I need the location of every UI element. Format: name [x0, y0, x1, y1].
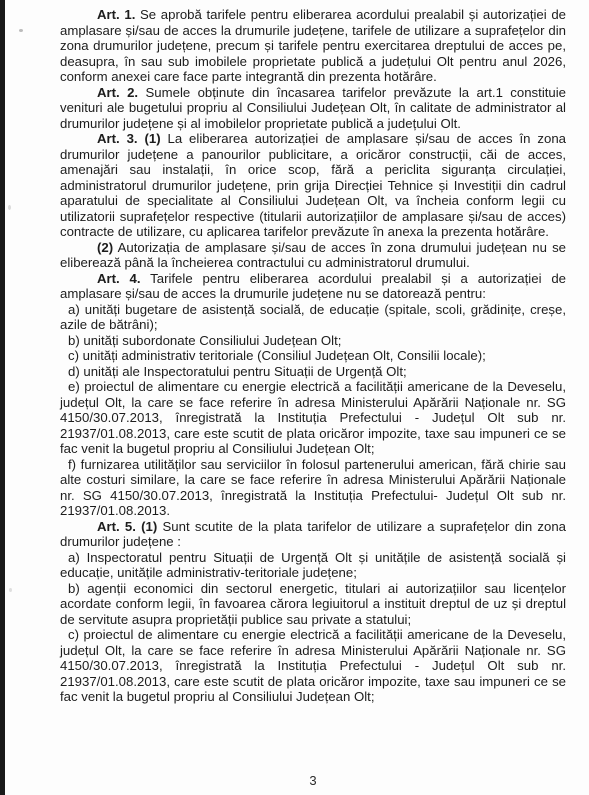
paragraph-text: a) unități bugetare de asistență socială… — [60, 302, 566, 333]
article-paragraph: Art. 4. Tarifele pentru eliberarea acord… — [60, 271, 566, 302]
list-item-paragraph: a) Inspectoratul pentru Situații de Urge… — [60, 550, 566, 581]
scan-speck — [19, 29, 23, 32]
article-paragraph: Art. 3. (1) La eliberarea autorizației d… — [60, 131, 566, 240]
paragraph-text: a) Inspectoratul pentru Situații de Urge… — [60, 550, 566, 581]
scan-speck — [8, 205, 11, 210]
article-label: Art. 2. — [97, 85, 138, 100]
paragraph-text: c) unități administrativ teritoriale (Co… — [68, 348, 486, 363]
paragraph-text: f) furnizarea utilităților sau serviciil… — [60, 457, 566, 519]
paragraph-text: Se aprobă tarifele pentru eliberarea aco… — [60, 7, 566, 84]
scan-edge-artifact — [0, 0, 5, 795]
list-item-paragraph: e) proiectul de alimentare cu energie el… — [60, 379, 566, 457]
list-item-paragraph: f) furnizarea utilităților sau serviciil… — [60, 457, 566, 519]
paragraph-text: c) proiectul de alimentare cu energie el… — [60, 627, 566, 704]
document-body: Art. 1. Se aprobă tarifele pentru eliber… — [60, 7, 566, 705]
article-paragraph: (2) Autorizația de amplasare și/sau de a… — [60, 240, 566, 271]
paragraph-text: La eliberarea autorizației de amplasare … — [60, 131, 566, 239]
article-paragraph: Art. 2. Sumele obținute din încasarea ta… — [60, 85, 566, 132]
paragraph-text: b) unități subordonate Consiliului Județ… — [68, 333, 341, 348]
article-label: Art. 4. — [97, 271, 141, 286]
list-item-paragraph: c) proiectul de alimentare cu energie el… — [60, 627, 566, 705]
paragraph-text: d) unități ale Inspectoratului pentru Si… — [68, 364, 407, 379]
paragraph-text: b) agenții economici din sectorul energe… — [60, 581, 566, 627]
list-item-paragraph: c) unități administrativ teritoriale (Co… — [60, 348, 566, 364]
list-item-paragraph: b) agenții economici din sectorul energe… — [60, 581, 566, 628]
paragraph-text: Autorizația de amplasare și/sau de acces… — [60, 240, 566, 271]
list-item-paragraph: b) unități subordonate Consiliului Județ… — [60, 333, 566, 349]
list-item-paragraph: d) unități ale Inspectoratului pentru Si… — [60, 364, 566, 380]
article-label: (2) — [97, 240, 113, 255]
paragraph-text: e) proiectul de alimentare cu energie el… — [60, 379, 566, 456]
article-paragraph: Art. 1. Se aprobă tarifele pentru eliber… — [60, 7, 566, 85]
scan-speck — [9, 588, 12, 592]
list-item-paragraph: a) unități bugetare de asistență socială… — [60, 302, 566, 333]
scanned-document-page: Art. 1. Se aprobă tarifele pentru eliber… — [0, 0, 589, 795]
article-paragraph: Art. 5. (1) Sunt scutite de la plata tar… — [60, 519, 566, 550]
article-label: Art. 1. — [97, 7, 135, 22]
article-label: Art. 3. (1) — [97, 131, 161, 146]
page-number: 3 — [60, 773, 566, 788]
article-label: Art. 5. (1) — [97, 519, 157, 534]
